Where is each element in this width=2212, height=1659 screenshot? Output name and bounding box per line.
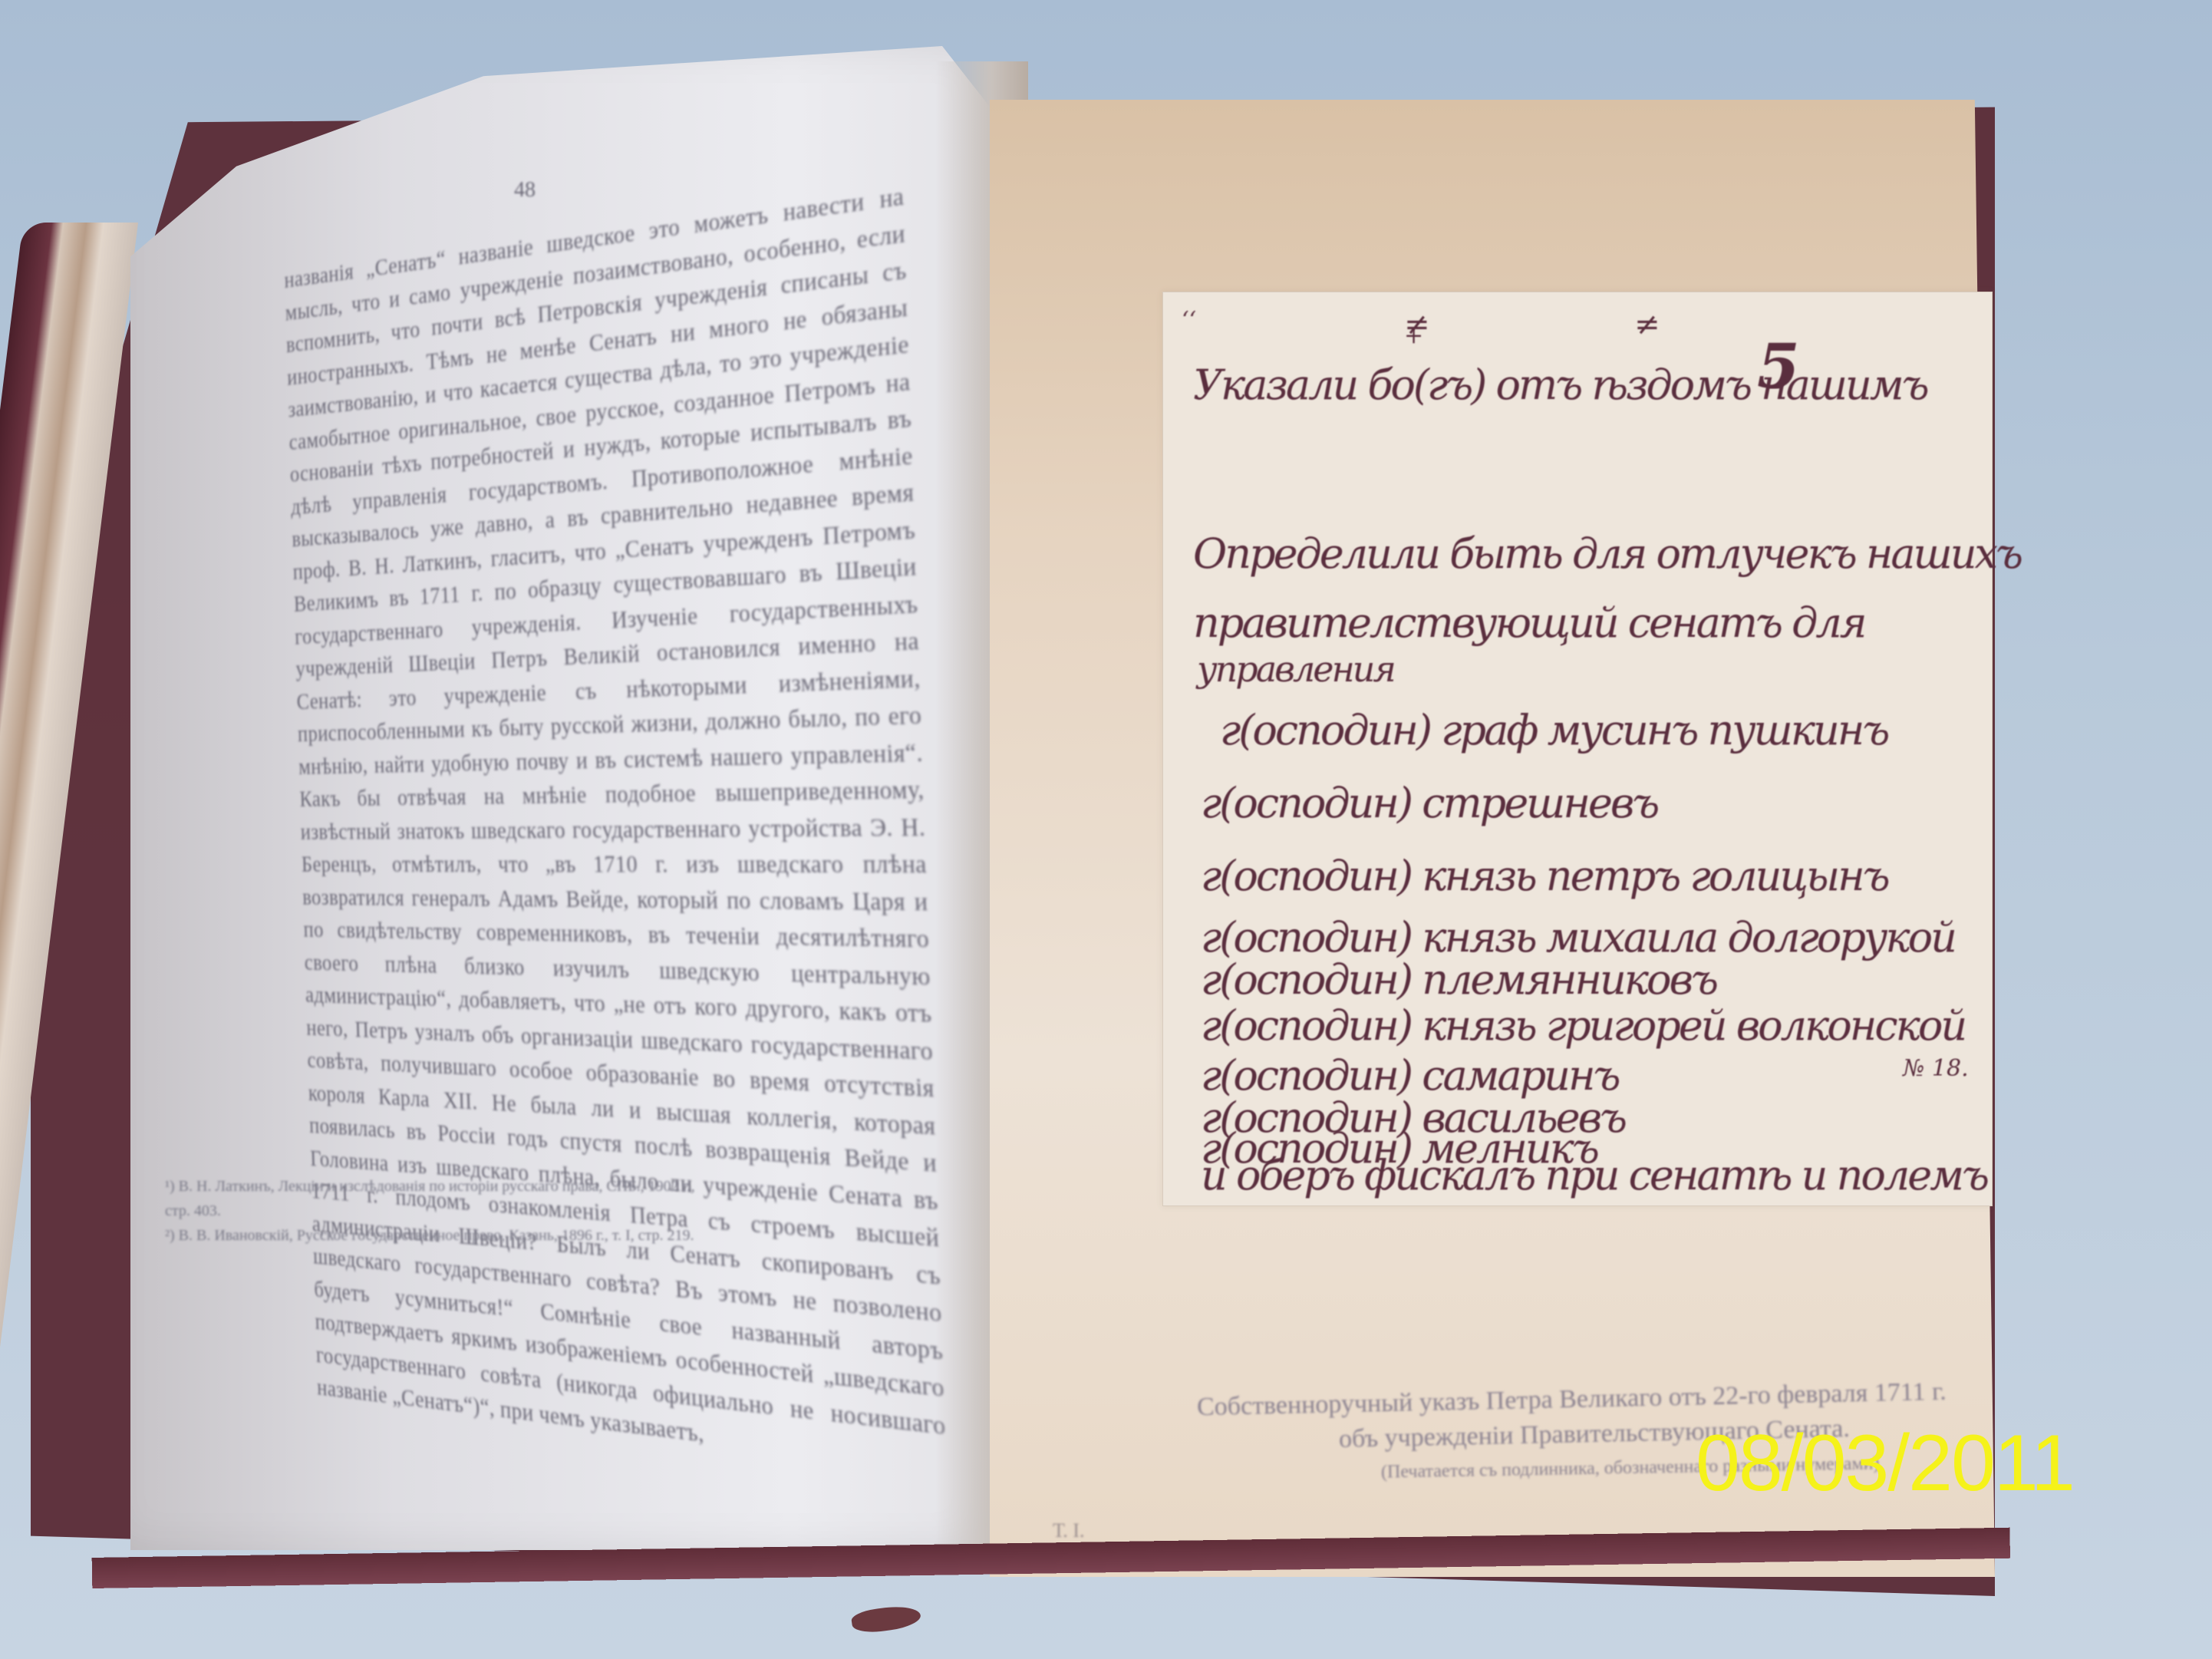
footnote: стр. 403.: [165, 1199, 825, 1223]
handwriting-line: г(осподин) граф мусинъ пушкинъ: [1220, 706, 1887, 754]
volume-mark: Т. I.: [1053, 1519, 1084, 1542]
left-page-body-text: названія „Сенатъ“ названіе шведское это …: [284, 179, 938, 1199]
footnote: ¹) В. Н. Латкинъ, Лекціи и изслѣдованія …: [165, 1174, 825, 1199]
handwriting-line: г(осподин) князь петръ голицынъ: [1201, 852, 1888, 900]
footnote: ²) В. В. Ивановскій, Русское государстве…: [165, 1223, 825, 1248]
handwriting-annotation: № 18.: [1903, 1055, 1969, 1082]
left-page-footnotes: ¹) В. Н. Латкинъ, Лекціи и изслѣдованія …: [165, 1174, 825, 1248]
left-page-number: 48: [514, 178, 536, 203]
handwriting-mark: ʻʻ: [1182, 307, 1196, 334]
handwriting-line: правителствующий сенатъ для: [1193, 599, 1865, 647]
photo-scene: 48 названія „Сенатъ“ названіе шведское э…: [0, 0, 2212, 1659]
handwriting-line: Указали бо(гъ) отъ ѣздомъ нашимъ: [1193, 361, 1927, 409]
handwriting-line: г(осподин) племянниковъ: [1201, 955, 1716, 1004]
handwriting-line: и оберъ фискалъ при сенатѣ и полемъ: [1201, 1151, 1987, 1199]
handwriting-line: Определили быть для отлучекъ нашихъ: [1193, 529, 2021, 578]
handwriting-line: г(осподин) князь григорей волконской: [1201, 1001, 1965, 1050]
handwriting-mark: ≠: [1634, 307, 1660, 342]
handwriting-line: г(осподин) стрешневъ: [1201, 779, 1657, 827]
handwriting-line: управления: [1197, 648, 1394, 690]
binding-fragment: [850, 1603, 921, 1635]
handwriting-mark: ≠: [1404, 307, 1430, 342]
handwriting-line: г(осподин) князь михаила долгорукой: [1201, 913, 1955, 961]
camera-date-stamp: 08/03/2011: [1696, 1418, 2074, 1509]
left-page-paragraph: названія „Сенатъ“ названіе шведское это …: [284, 179, 948, 1483]
handwriting-line: г(осподин) самаринъ: [1201, 1051, 1619, 1100]
